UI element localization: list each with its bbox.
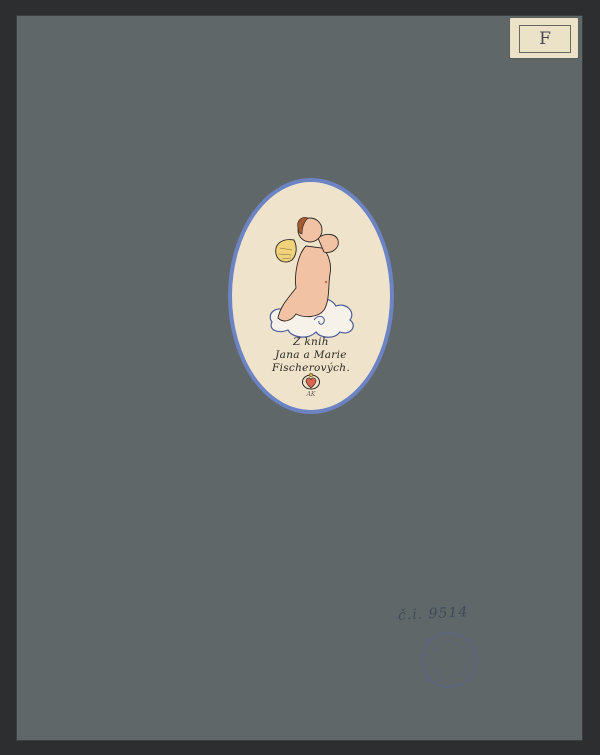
artist-monogram: AK: [298, 391, 324, 398]
inscription-line-1: Z knih: [232, 336, 390, 349]
wing-icon: [276, 240, 296, 262]
corner-label-text: F: [519, 25, 571, 53]
bookplate-paper: Z knih Jana a Marie Fischerových. AK: [232, 182, 390, 410]
inscription-line-2: Jana a Marie: [232, 349, 390, 362]
corner-label: F: [510, 18, 578, 58]
institution-stamp-icon: [421, 632, 477, 688]
heart-crown-icon: [301, 372, 321, 390]
bookplate: Z knih Jana a Marie Fischerových. AK: [228, 178, 394, 414]
